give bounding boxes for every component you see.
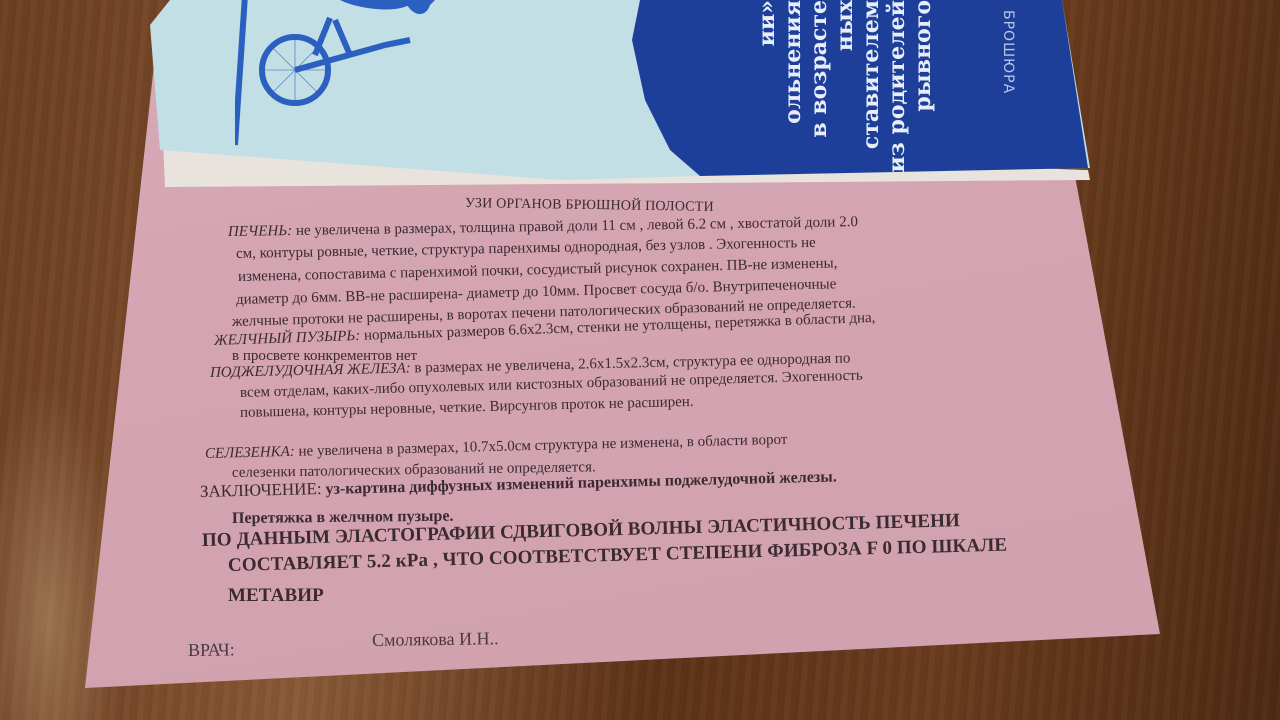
elastography-text: МЕТАВИР bbox=[228, 585, 324, 607]
report-title: УЗИ ОРГАНОВ БРЮШНОЙ ПОЛОСТИ bbox=[465, 196, 714, 216]
ultrasound-report: УЗИ ОРГАНОВ БРЮШНОЙ ПОЛОСТИ ПЕЧЕНЬ: не у… bbox=[0, 0, 1280, 720]
pancreas-label: ПОДЖЕЛУДОЧНАЯ ЖЕЛЕЗА: bbox=[210, 360, 411, 381]
conclusion-label: ЗАКЛЮЧЕНИЕ: bbox=[200, 479, 322, 501]
spleen-section: СЕЛЕЗЕНКА: не увеличена в размерах, 10.7… bbox=[205, 432, 788, 463]
doctor-label: ВРАЧ: bbox=[188, 639, 235, 661]
gallbladder-label: ЖЕЛЧНЫЙ ПУЗЫРЬ: bbox=[214, 328, 361, 349]
spleen-label: СЕЛЕЗЕНКА: bbox=[205, 444, 295, 462]
doctor-name: Смолякова И.Н.. bbox=[372, 628, 499, 651]
spleen-text: не увеличена в размерах, 10.7x5.0см стру… bbox=[295, 432, 788, 460]
liver-label: ПЕЧЕНЬ: bbox=[228, 223, 292, 240]
